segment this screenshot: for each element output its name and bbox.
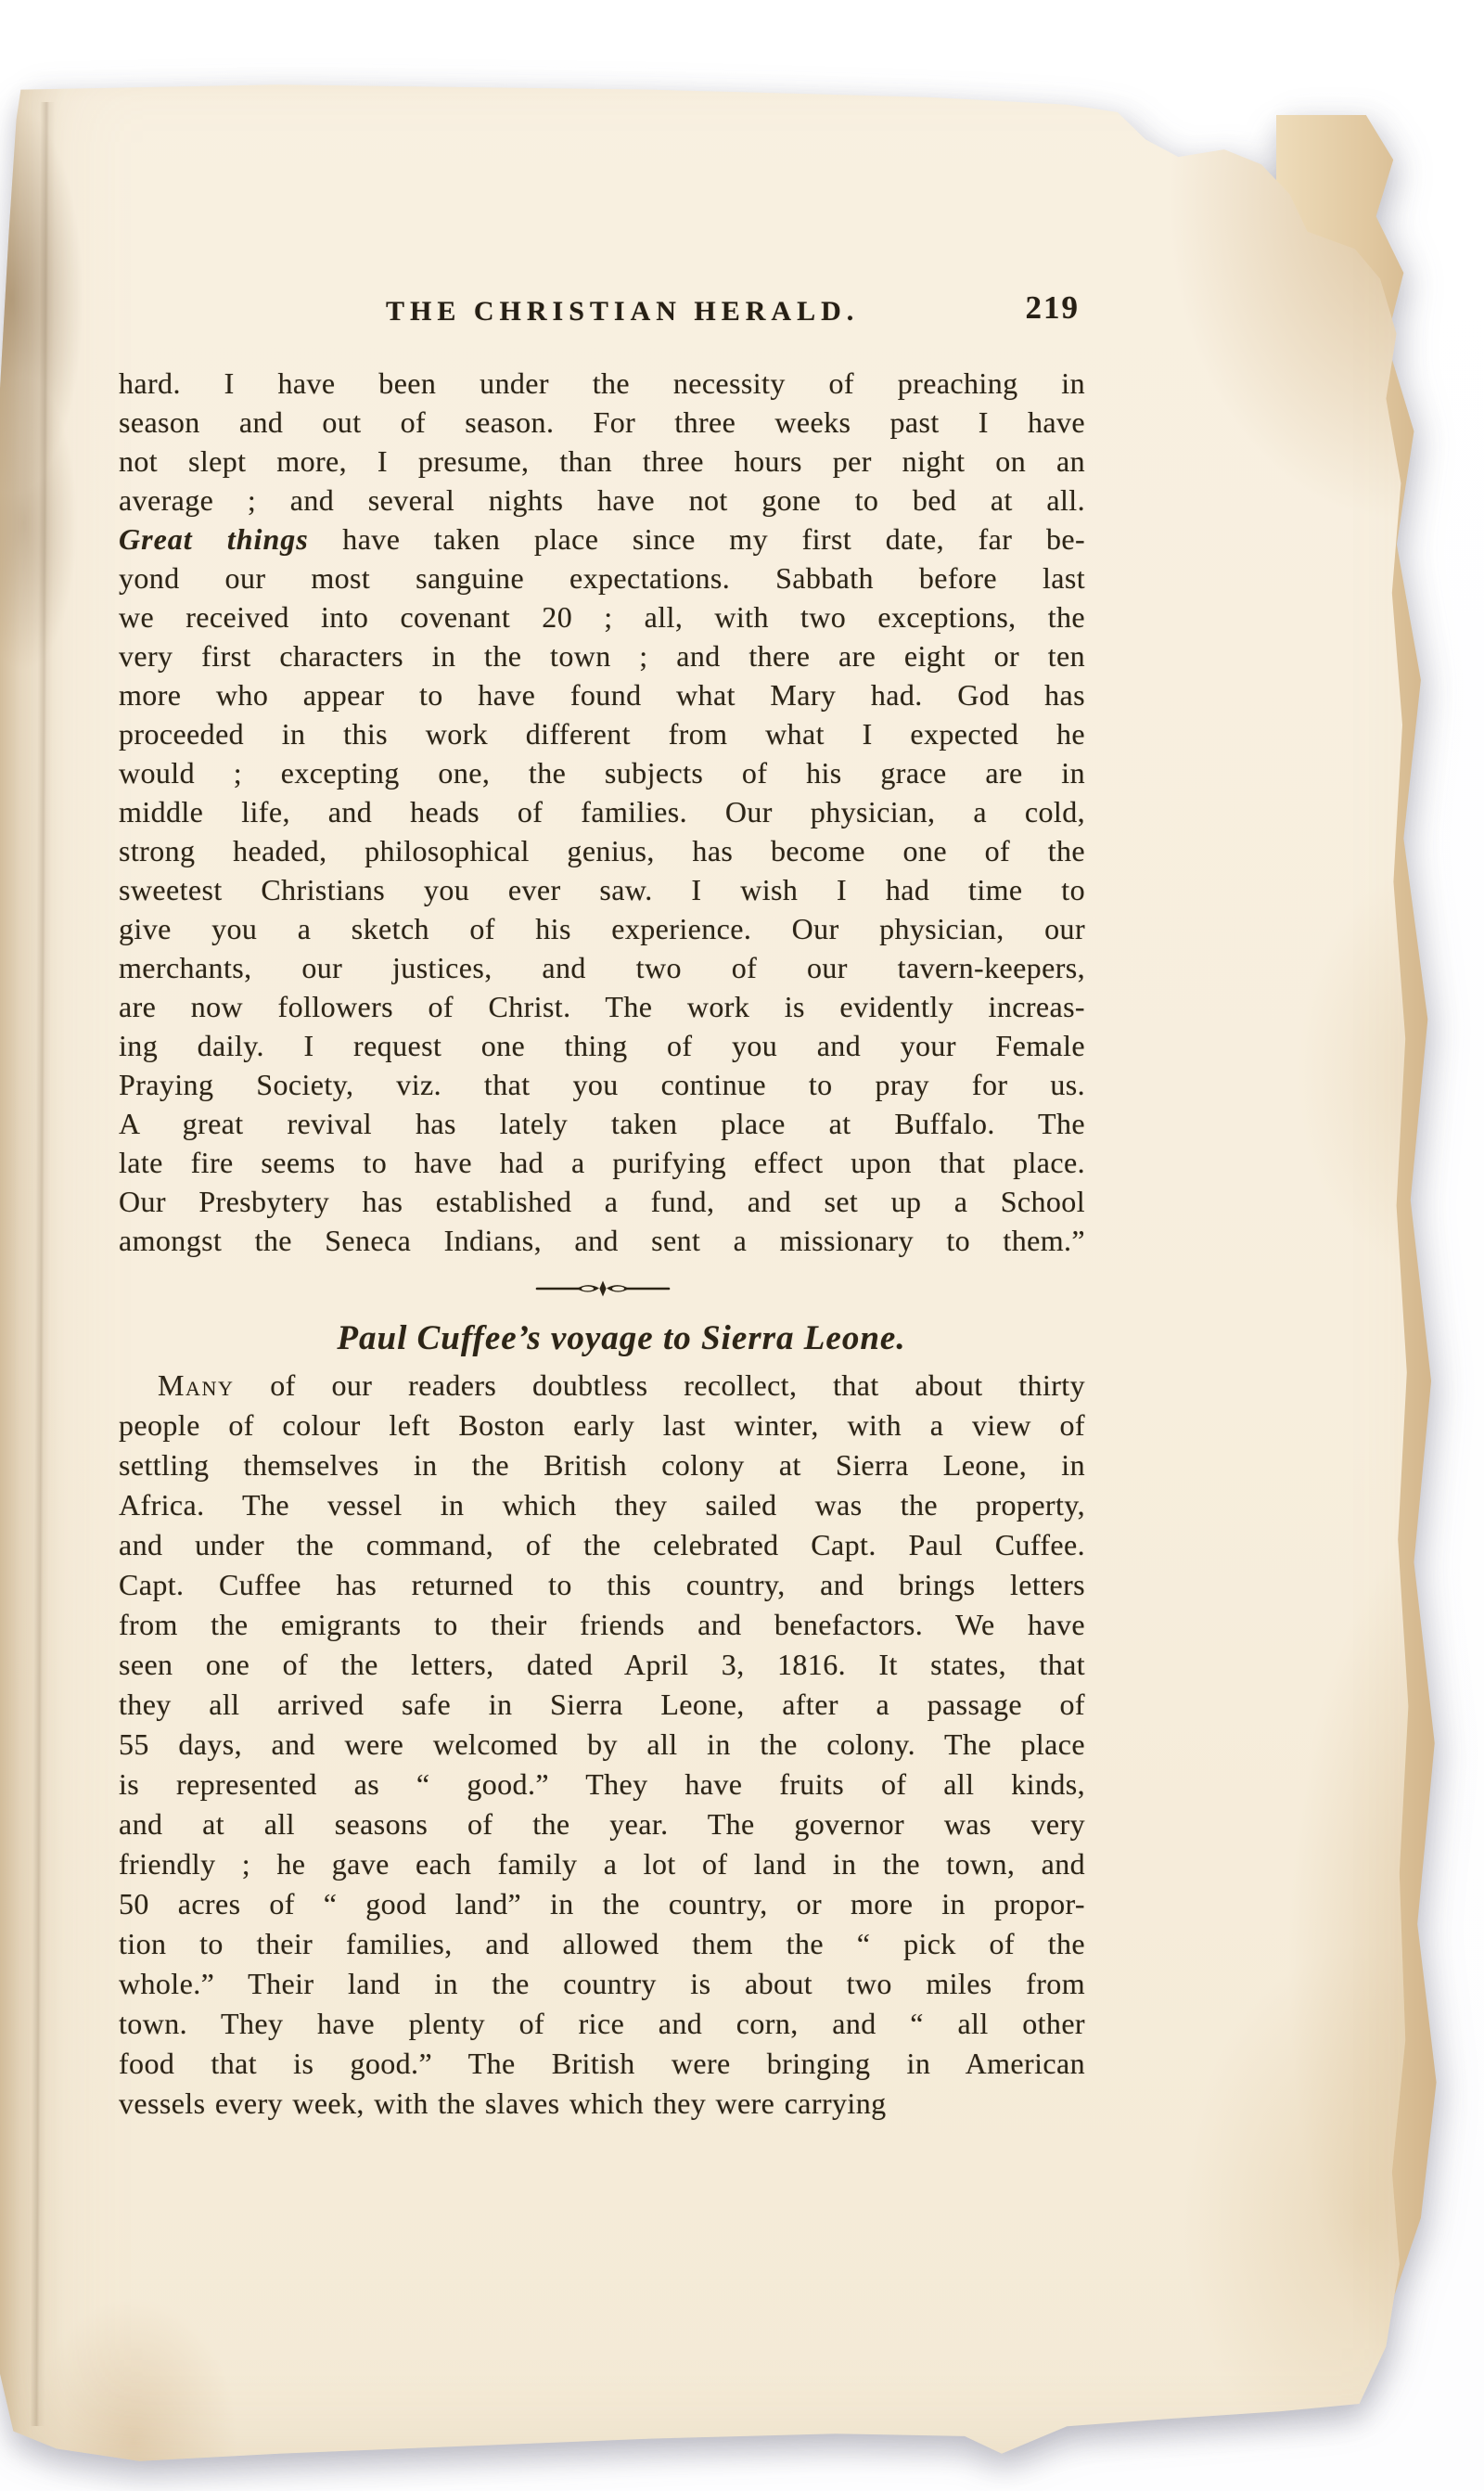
text-line: friendly ; he gave each family a lot of … xyxy=(119,1844,1085,1884)
text-line: Our Presbytery has established a fund, a… xyxy=(119,1182,1085,1221)
text-line: seen one of the letters, dated April 3, … xyxy=(119,1645,1085,1685)
article-paul-cuffee: Many of our readers doubtless recollect,… xyxy=(119,1366,1085,2124)
text-line: middle life, and heads of families. Our … xyxy=(119,792,1085,831)
text-line: Great things have taken place since my f… xyxy=(119,520,1085,559)
text-line: season and out of season. For three week… xyxy=(119,403,1085,442)
text-line: sweetest Christians you ever saw. I wish… xyxy=(119,870,1085,909)
page-paper: THE CHRISTIAN HERALD. 219 hard. I have b… xyxy=(0,0,1484,2491)
divider-ornament-icon xyxy=(533,1277,672,1301)
book-page: THE CHRISTIAN HERALD. 219 hard. I have b… xyxy=(0,0,1484,2491)
article-heading: Paul Cuffee’s voyage to Sierra Leone. xyxy=(28,1317,1215,1360)
text-line: people of colour left Boston early last … xyxy=(119,1406,1085,1445)
text-line: amongst the Seneca Indians, and sent a m… xyxy=(119,1221,1085,1260)
text-line: merchants, our justices, and two of our … xyxy=(119,948,1085,987)
text-line: and under the command, of the celebrated… xyxy=(119,1525,1085,1565)
text-line: 50 acres of “ good land” in the country,… xyxy=(119,1884,1085,1924)
text-line: yond our most sanguine expectations. Sab… xyxy=(119,559,1085,597)
text-line: we received into covenant 20 ; all, with… xyxy=(119,597,1085,636)
text-line: give you a sketch of his experience. Our… xyxy=(119,909,1085,948)
text-line: more who appear to have found what Mary … xyxy=(119,675,1085,714)
text-line: proceeded in this work different from wh… xyxy=(119,714,1085,753)
text-line: hard. I have been under the necessity of… xyxy=(119,364,1085,403)
text-line: strong headed, philosophical genius, has… xyxy=(119,831,1085,870)
journal-title: THE CHRISTIAN HERALD. xyxy=(386,295,859,328)
running-head: THE CHRISTIAN HERALD. 219 xyxy=(119,289,1085,334)
text-line: tion to their families, and allowed them… xyxy=(119,1924,1085,1964)
text-segment: of our readers doubtless recollect, that… xyxy=(235,1368,1085,1402)
text-line: very first characters in the town ; and … xyxy=(119,636,1085,675)
text-line: town. They have plenty of rice and corn,… xyxy=(119,2004,1085,2044)
text-line: from the emigrants to their friends and … xyxy=(119,1605,1085,1645)
text-line: and at all seasons of the year. The gove… xyxy=(119,1804,1085,1844)
page-number: 219 xyxy=(1026,289,1081,327)
text-line: average ; and several nights have not go… xyxy=(119,481,1085,520)
text-line: ing daily. I request one thing of you an… xyxy=(119,1026,1085,1065)
text-segment: Many xyxy=(158,1368,235,1402)
article-revival-letter: hard. I have been under the necessity of… xyxy=(119,364,1085,1260)
section-divider xyxy=(9,1277,1196,1301)
text-line: Africa. The vessel in which they sailed … xyxy=(119,1485,1085,1525)
text-line: settling themselves in the British colon… xyxy=(119,1445,1085,1485)
photo-background: THE CHRISTIAN HERALD. 219 hard. I have b… xyxy=(0,0,1484,2491)
text-line: are now followers of Christ. The work is… xyxy=(119,987,1085,1026)
text-line: would ; excepting one, the subjects of h… xyxy=(119,753,1085,792)
text-line: 55 days, and were welcomed by all in the… xyxy=(119,1725,1085,1765)
text-line: late fire seems to have had a purifying … xyxy=(119,1143,1085,1182)
text-line: food that is good.” The British were bri… xyxy=(119,2044,1085,2084)
page-spine-crease xyxy=(31,102,56,2426)
text-line: vessels every week, with the slaves whic… xyxy=(119,2084,1085,2124)
text-line: Capt. Cuffee has returned to this countr… xyxy=(119,1565,1085,1605)
text-line: Praying Society, viz. that you continue … xyxy=(119,1065,1085,1104)
text-line: they all arrived safe in Sierra Leone, a… xyxy=(119,1685,1085,1725)
text-segment: have taken place since my first date, fa… xyxy=(309,522,1085,556)
text-line: not slept more, I presume, than three ho… xyxy=(119,442,1085,481)
text-line: whole.” Their land in the country is abo… xyxy=(119,1964,1085,2004)
text-segment: Great things xyxy=(119,522,309,556)
text-line: Many of our readers doubtless recollect,… xyxy=(119,1366,1085,1406)
text-line: is represented as “ good.” They have fru… xyxy=(119,1765,1085,1804)
text-line: A great revival has lately taken place a… xyxy=(119,1104,1085,1143)
